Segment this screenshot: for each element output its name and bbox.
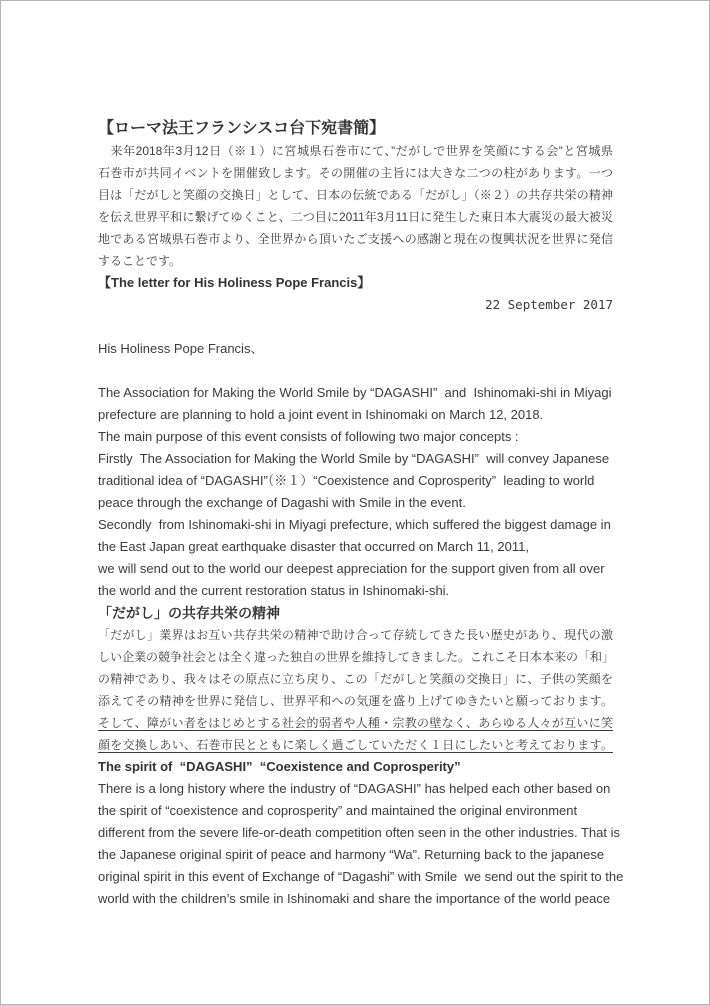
en-intro-line: Secondly from Ishinomaki-shi in Miyagi p… xyxy=(98,514,613,536)
jp-section-line: しい企業の競争社会とは全く違った独自の世界を維持してきました。これこそ日本本来の… xyxy=(98,646,613,668)
en-section-line: world with the children’s smile in Ishin… xyxy=(98,888,613,910)
jp-intro-line: することです。 xyxy=(98,250,613,272)
jp-section-line: 添えてその精神を世界に発信し、世界平和への気運を盛り上げてゆきたいと願っておりま… xyxy=(98,690,613,712)
jp-intro-line: 目は「だがしと笑顔の交換日」として、日本の伝統である「だがし」（※２）の共存共栄… xyxy=(98,184,613,206)
en-section-line: the spirit of “coexistence and coprosper… xyxy=(98,800,613,822)
en-section-line: the Japanese original spirit of peace an… xyxy=(98,844,613,866)
en-intro-line: peace through the exchange of Dagashi wi… xyxy=(98,492,613,514)
en-intro-line: Firstly The Association for Making the W… xyxy=(98,448,613,470)
jp-underlined-line: そして、障がい者をはじめとする社会的弱者や人種・宗教の壁なく、あらゆる人々が互い… xyxy=(98,712,613,734)
jp-section-line: の精神であり、我々はその原点に立ち戻り、この「だがしと笑顔の交換日」に、子供の笑… xyxy=(98,668,613,690)
jp-intro-paragraph: 来年2018年3月12日（※１）に宮城県石巻市にて、”だがしで世界を笑顔にする会… xyxy=(98,140,613,272)
letter-page: 【ローマ法王フランシスコ台下宛書簡】 来年2018年3月12日（※１）に宮城県石… xyxy=(0,0,710,1005)
jp-underlined-line: 顔を交換しあい、石巻市民とともに楽しく過ごしていただく１日にしたいと考えておりま… xyxy=(98,734,613,756)
salutation: His Holiness Pope Francis、 xyxy=(98,338,613,360)
en-intro-line: prefecture are planning to hold a joint … xyxy=(98,404,613,426)
en-section-heading: The spirit of “DAGASHI” “Coexistence and… xyxy=(98,756,613,778)
jp-section-heading: 「だがし」の共存共栄の精神 xyxy=(98,602,613,624)
jp-letter-title: 【ローマ法王フランシスコ台下宛書簡】 xyxy=(98,118,613,140)
jp-intro-line: 石巻市が共同イベントを開催致します。その開催の主旨には大きな二つの柱があります。… xyxy=(98,162,613,184)
letter-date: 22 September 2017 xyxy=(98,294,613,316)
en-intro-line: we will send out to the world our deepes… xyxy=(98,558,613,580)
en-section-line: different from the severe life-or-death … xyxy=(98,822,613,844)
jp-section-paragraph: 「だがし」業界はお互い共存共栄の精神で助け合って存続してきた長い歴史があり、現代… xyxy=(98,624,613,712)
en-intro-paragraph: The Association for Making the World Smi… xyxy=(98,382,613,602)
jp-underlined-paragraph: そして、障がい者をはじめとする社会的弱者や人種・宗教の壁なく、あらゆる人々が互い… xyxy=(98,712,613,756)
blank-line xyxy=(98,316,613,338)
blank-line xyxy=(98,360,613,382)
letter-document: 【ローマ法王フランシスコ台下宛書簡】 来年2018年3月12日（※１）に宮城県石… xyxy=(98,118,613,910)
en-section-line: original spirit in this event of Exchang… xyxy=(98,866,613,888)
en-section-paragraph: There is a long history where the indust… xyxy=(98,778,613,910)
en-intro-line: the world and the current restoration st… xyxy=(98,580,613,602)
jp-section-line: 「だがし」業界はお互い共存共栄の精神で助け合って存続してきた長い歴史があり、現代… xyxy=(98,624,613,646)
en-intro-line: traditional idea of “DAGASHI”（※１）“Coexis… xyxy=(98,470,613,492)
jp-intro-line: 地である宮城県石巻市より、全世界から頂いたご支援への感謝と現在の復興状況を世界に… xyxy=(98,228,613,250)
en-intro-line: the East Japan great earthquake disaster… xyxy=(98,536,613,558)
en-section-line: There is a long history where the indust… xyxy=(98,778,613,800)
jp-intro-line: 来年2018年3月12日（※１）に宮城県石巻市にて、”だがしで世界を笑顔にする会… xyxy=(98,140,613,162)
en-intro-line: The main purpose of this event consists … xyxy=(98,426,613,448)
en-intro-line: The Association for Making the World Smi… xyxy=(98,382,613,404)
en-letter-title: 【The letter for His Holiness Pope Franci… xyxy=(98,272,613,294)
jp-intro-line: を伝え世界平和に繋げてゆくこと、二つ目に2011年3月11日に発生した東日本大震… xyxy=(98,206,613,228)
